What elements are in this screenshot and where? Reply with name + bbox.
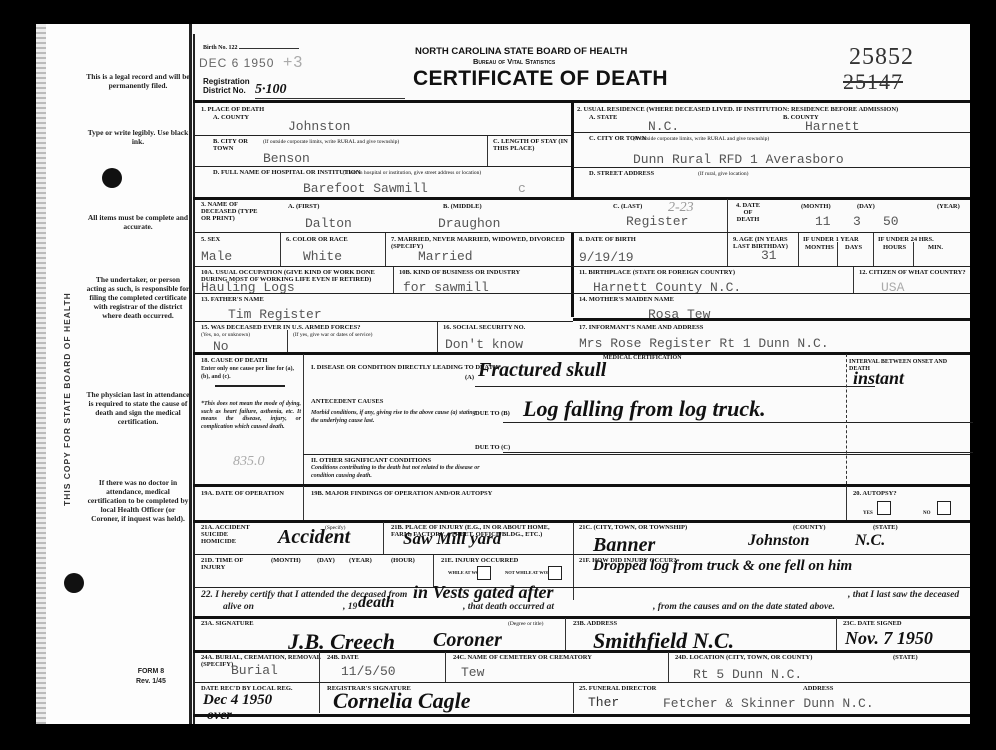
cause-of-death-label: 18. CAUSE OF DEATH xyxy=(201,357,267,364)
age-value: 31 xyxy=(761,248,777,263)
note-legal-record: This is a legal record and will be perma… xyxy=(86,72,190,90)
burial-date-value: 11/5/50 xyxy=(341,664,396,679)
death-day-value: 3 xyxy=(853,214,861,229)
cause-b-handwritten: Log falling from log truck. xyxy=(523,396,766,422)
registration-district-number: 5·100 xyxy=(255,82,405,99)
registrar-signature: Cornelia Cagle xyxy=(333,688,471,714)
cemetery-value: Tew xyxy=(461,665,484,680)
instruction-margin: This is a legal record and will be perma… xyxy=(36,24,192,724)
sex-value: Male xyxy=(201,249,232,264)
form-number: FORM 8 Rev. 1/45 xyxy=(136,667,166,687)
burial-type-value: Burial xyxy=(231,663,278,678)
death-certificate-form: Birth No. 122 DEC 6 1950 +3 Registration… xyxy=(193,24,970,724)
autopsy-no-checkbox[interactable] xyxy=(937,501,951,515)
funeral-director-value: Fetcher & Skinner Dunn N.C. xyxy=(663,696,874,711)
vertical-copy-label: THIS COPY FOR STATE BOARD OF HEALTH xyxy=(60,296,74,506)
note-physician: The physician last in attendance is requ… xyxy=(86,390,190,426)
note-type-legibly: Type or write legibly. Use black ink. xyxy=(86,128,190,146)
first-name-value: Dalton xyxy=(305,216,352,231)
how-injury-handwritten: Dropped log from truck & one fell on him xyxy=(593,559,963,573)
autopsy-yes-checkbox[interactable] xyxy=(877,501,891,515)
death-city-value: Benson xyxy=(263,151,310,166)
place-of-death-label: 1. PLACE OF DEATH xyxy=(201,106,264,113)
registration-district-label: RegistrationDistrict No. xyxy=(203,77,250,95)
dob-value: 9/19/19 xyxy=(579,250,634,265)
scan-border-top xyxy=(0,0,996,24)
cause-a-handwritten: Fractured skull xyxy=(478,359,606,382)
note-undertaker: The undertaker, or person acting as such… xyxy=(86,275,190,320)
death-year-value: 50 xyxy=(883,214,899,229)
not-while-at-work-checkbox[interactable] xyxy=(548,566,562,580)
physician-title: Coroner xyxy=(433,629,502,652)
while-at-work-checkbox[interactable] xyxy=(477,566,491,580)
attended-handwritten: in Vests gated after xyxy=(413,582,554,603)
death-month-value: 11 xyxy=(815,214,831,229)
interval-value: instant xyxy=(853,368,904,389)
death-handwritten: death xyxy=(358,594,394,612)
certificate-header: Birth No. 122 DEC 6 1950 +3 Registration… xyxy=(193,24,970,102)
marital-value: Married xyxy=(418,249,473,264)
injury-county-handwritten: Johnston xyxy=(748,532,809,550)
usual-residence-label: 2. USUAL RESIDENCE (Where deceased lived… xyxy=(577,106,898,113)
father-value: Tim Register xyxy=(228,307,322,322)
date-received-handwritten: Dec 4 1950 xyxy=(203,692,272,709)
note-no-doctor: If there was no doctor in attendance, me… xyxy=(86,478,190,523)
injury-state-handwritten: N.C. xyxy=(855,532,885,550)
punch-hole xyxy=(64,573,84,593)
note-items-complete: All items must be complete and accurate. xyxy=(86,213,190,231)
death-county-value: Johnston xyxy=(288,119,350,134)
page-title: CERTIFICATE OF DEATH xyxy=(413,67,668,91)
agency-name: NORTH CAROLINA STATE BOARD OF HEALTH xyxy=(415,46,627,57)
struck-certificate-number: 25147 xyxy=(843,69,903,95)
informant-value: Mrs Rose Register Rt 1 Dunn N.C. xyxy=(579,336,829,351)
injury-type-handwritten: Accident xyxy=(278,526,350,549)
burial-location-value: Rt 5 Dunn N.C. xyxy=(693,667,802,682)
last-name-value: Register xyxy=(626,214,688,229)
date-signed-value: Nov. 7 1950 xyxy=(845,628,933,649)
punch-hole xyxy=(102,168,122,188)
injury-place-handwritten: Saw Mill yard xyxy=(403,529,501,549)
middle-name-value: Draughon xyxy=(438,216,500,231)
birth-number: Birth No. 122 xyxy=(203,45,299,51)
deceased-name-label: 3. NAME OF DECEASED (Type or Print) xyxy=(201,201,261,222)
bureau-name: Bureau of Vital Statistics xyxy=(473,57,555,66)
perforated-edge xyxy=(36,24,46,724)
received-stamp: DEC 6 1950 +3 xyxy=(199,54,303,72)
cause-code: 835.0 xyxy=(233,454,265,470)
residence-city-value: Dunn Rural RFD 1 Averasboro xyxy=(633,152,844,167)
ssn-value: Don't know xyxy=(445,337,523,352)
race-value: White xyxy=(303,249,342,264)
certificate-number: 25852 xyxy=(849,44,914,71)
hospital-value: Barefoot Sawmill xyxy=(303,181,428,196)
